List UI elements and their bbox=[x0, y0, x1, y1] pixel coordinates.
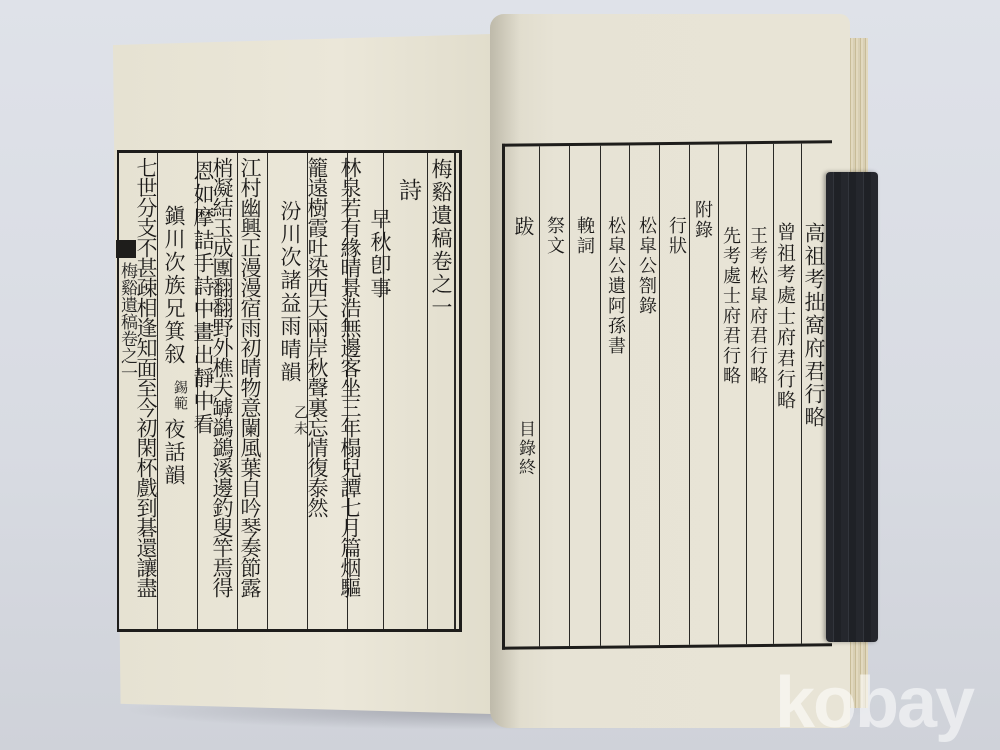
toc-entry: 王考松皐府君行略 bbox=[745, 226, 770, 386]
poem-name-note: 錫範 bbox=[170, 380, 190, 412]
section-heading: 詩 bbox=[394, 178, 422, 203]
volume-title: 梅谿遺稿卷之一 bbox=[427, 158, 455, 319]
toc-entry: 曾祖考處士府君行略 bbox=[772, 222, 798, 411]
watermark: kobay bbox=[775, 662, 973, 744]
black-tab-block bbox=[826, 172, 878, 642]
poem-line: 籠遠樹霞吐染西天兩岸秋聲裏忘情復泰然 bbox=[305, 157, 329, 517]
poem-title: 汾川次諸益雨晴韻 bbox=[276, 200, 304, 384]
column-rule bbox=[718, 144, 719, 644]
poem-line: 江村幽興正漫漫宿雨初晴物意闌風葉自吟琴奏節露 bbox=[238, 157, 262, 597]
poem-date-note: 乙未 bbox=[286, 405, 314, 437]
column-rule bbox=[629, 145, 630, 645]
toc-entry: 松皐公遺阿孫書 bbox=[603, 216, 628, 356]
toc-entry: 跋 bbox=[510, 216, 535, 238]
poem-title-suffix: 夜話韻 bbox=[162, 418, 186, 487]
column-rule bbox=[659, 145, 660, 645]
toc-entry: 行狀 bbox=[664, 216, 689, 256]
poem-line: 七世分支不甚疎相逢知面至今初閑杯戲到碁還讓盡 bbox=[134, 157, 158, 597]
poem-title: 早秋卽事 bbox=[366, 208, 394, 300]
toc-entry: 輓詞 bbox=[572, 216, 597, 256]
column-rule bbox=[539, 146, 540, 646]
toc-entry: 祭文 bbox=[542, 216, 567, 256]
poem-title: 鎭川次族兄箕叙 bbox=[162, 205, 186, 366]
fish-tail-mark bbox=[116, 240, 136, 258]
column-rule bbox=[746, 144, 747, 644]
column-rule bbox=[267, 153, 268, 629]
toc-end-mark: 目錄終 bbox=[514, 420, 536, 477]
toc-section-appendix: 附錄 bbox=[690, 200, 714, 240]
poem-line: 林泉若有緣晴景浩無邊客坐三年榻兒譚七月篇烟驅 bbox=[338, 157, 362, 597]
toc-entry: 高祖考拙窩府君行略 bbox=[800, 222, 827, 429]
column-rule bbox=[569, 146, 570, 646]
column-rule bbox=[600, 146, 601, 646]
toc-entry: 松皐公劄錄 bbox=[634, 216, 659, 316]
poem-line: 恩如摩詰手詩中畫出靜中看 bbox=[190, 160, 215, 436]
toc-entry: 先考處士府君行略 bbox=[718, 226, 743, 386]
